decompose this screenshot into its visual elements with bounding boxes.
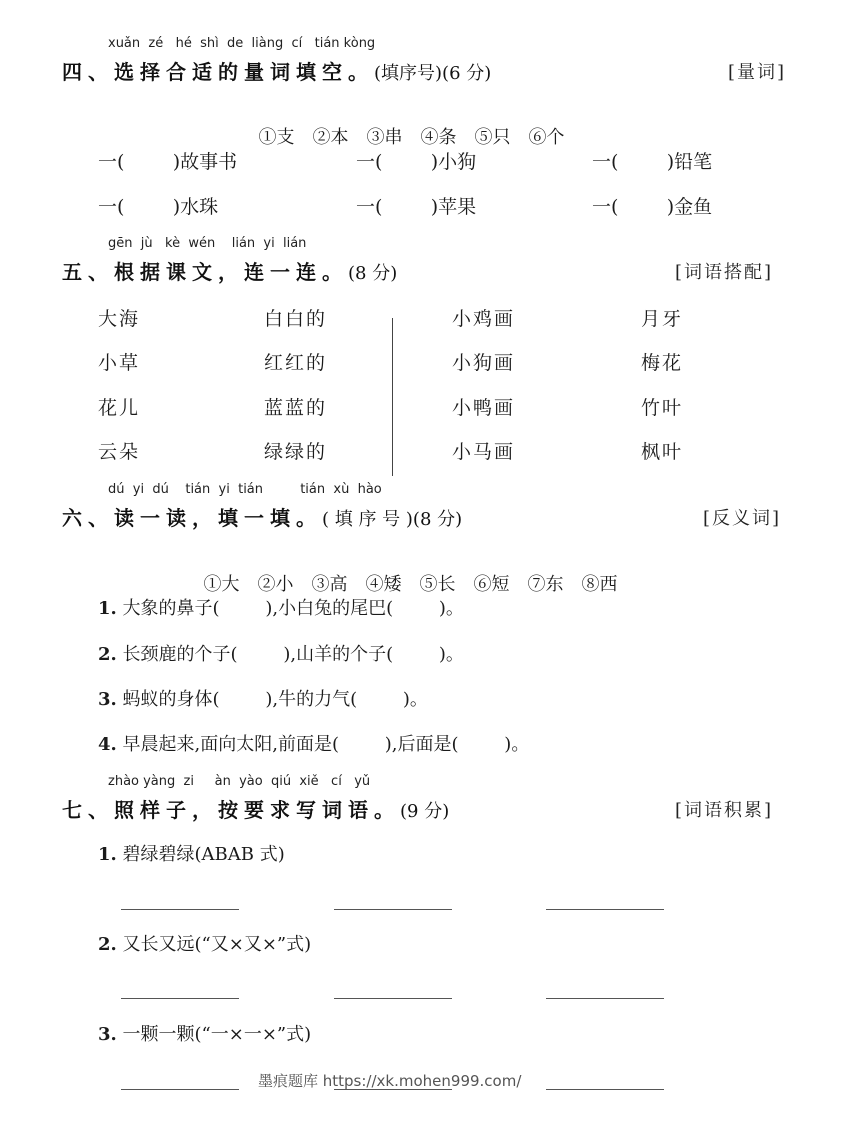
section6-pinyin: dú yi dú tián yi tián tián xù hào — [108, 482, 382, 497]
answer-line[interactable] — [546, 998, 664, 999]
section5-note: (8 分) — [348, 263, 397, 284]
option: ⑤只 — [474, 127, 510, 148]
answer-line[interactable] — [121, 1089, 239, 1090]
match-adjective[interactable]: 红红的 — [264, 348, 327, 375]
answer-line[interactable] — [121, 998, 239, 999]
section7-note: (9 分) — [400, 801, 449, 822]
question-number: 2. — [98, 934, 117, 955]
measure-item[interactable]: 一( )小狗 — [356, 147, 476, 174]
match-left-word[interactable]: 花儿 — [98, 393, 140, 420]
question-number: 4. — [98, 734, 117, 755]
question-text: 大象的鼻子( ),小白兔的尾巴( )。 — [123, 598, 464, 619]
section4-options: ①支②本③串④条⑤只⑥个 — [247, 102, 582, 149]
match-adjective[interactable]: 白白的 — [264, 304, 327, 331]
section4-heading: 四、选择合适的量词填空。(填序号)(6 分) — [62, 56, 491, 85]
question-number: 1. — [98, 598, 117, 619]
question-1[interactable]: 1. 大象的鼻子( ),小白兔的尾巴( )。 — [98, 594, 464, 620]
section4-tag: [量词] — [728, 58, 786, 84]
section6-heading: 六、读一读，填一填。( 填 序 号 )(8 分) — [62, 502, 462, 531]
match-animal[interactable]: 小鸡画 — [452, 304, 515, 331]
section5-tag: [词语搭配] — [675, 258, 773, 284]
section4-note: (填序号)(6 分) — [374, 63, 491, 84]
section6-tag: [反义词] — [703, 504, 781, 530]
question-text: 蚂蚁的身体( ),牛的力气( )。 — [123, 689, 428, 710]
section7-pinyin: zhào yàng zi àn yào qiú xiě cí yǔ — [108, 774, 370, 789]
section6-options: ①大②小③高④矮⑤长⑥短⑦东⑧西 — [192, 549, 635, 596]
question-number: 1. — [98, 844, 117, 865]
answer-line[interactable] — [546, 909, 664, 910]
question-2[interactable]: 2. 长颈鹿的个子( ),山羊的个子( )。 — [98, 640, 464, 666]
option: ③高 — [311, 574, 347, 595]
section6-note: ( 填 序 号 )(8 分) — [322, 509, 462, 530]
match-animal[interactable]: 小狗画 — [452, 348, 515, 375]
option: ②小 — [257, 574, 293, 595]
section5-pinyin: gēn jù kè wén lián yi lián — [108, 236, 306, 251]
match-animal[interactable]: 小鸭画 — [452, 393, 515, 420]
question-3[interactable]: 3. 蚂蚁的身体( ),牛的力气( )。 — [98, 685, 428, 711]
match-shape[interactable]: 竹叶 — [641, 393, 683, 420]
question-text: 碧绿碧绿(ABAB 式) — [123, 844, 285, 865]
measure-item[interactable]: 一( )金鱼 — [592, 192, 712, 219]
question-text: 早晨起来,面向太阳,前面是( ),后面是( )。 — [123, 734, 530, 755]
word-question-2: 2. 又长又远(“又×又×”式) — [98, 930, 311, 956]
match-left-word[interactable]: 云朵 — [98, 437, 140, 464]
section5-heading: 五、根据课文，连一连。(8 分) — [62, 256, 397, 285]
option: ①支 — [258, 127, 294, 148]
option: ⑤长 — [419, 574, 455, 595]
answer-line[interactable] — [121, 909, 239, 910]
question-text: 一颗一颗(“一×一×”式) — [123, 1024, 312, 1045]
section7-tag: [词语积累] — [675, 796, 773, 822]
question-number: 3. — [98, 689, 117, 710]
option: ⑧西 — [581, 574, 617, 595]
question-text: 长颈鹿的个子( ),山羊的个子( )。 — [123, 644, 464, 665]
option: ③串 — [366, 127, 402, 148]
section4-pinyin: xuǎn zé hé shì de liàng cí tián kòng — [108, 36, 375, 51]
column-divider — [392, 318, 393, 476]
section6-title: 六、读一读，填一填。 — [62, 506, 322, 530]
measure-item[interactable]: 一( )铅笔 — [592, 147, 712, 174]
match-animal[interactable]: 小马画 — [452, 437, 515, 464]
word-question-3: 3. 一颗一颗(“一×一×”式) — [98, 1020, 311, 1046]
question-number: 3. — [98, 1024, 117, 1045]
measure-item[interactable]: 一( )故事书 — [98, 147, 237, 174]
option: ④条 — [420, 127, 456, 148]
measure-item[interactable]: 一( )水珠 — [98, 192, 218, 219]
option: ①大 — [203, 574, 239, 595]
match-adjective[interactable]: 蓝蓝的 — [264, 393, 327, 420]
section7-heading: 七、照样子，按要求写词语。(9 分) — [62, 794, 449, 823]
question-text: 又长又远(“又×又×”式) — [123, 934, 312, 955]
question-number: 2. — [98, 644, 117, 665]
match-shape[interactable]: 月牙 — [641, 304, 683, 331]
word-question-1: 1. 碧绿碧绿(ABAB 式) — [98, 840, 285, 866]
answer-line[interactable] — [334, 909, 452, 910]
question-4[interactable]: 4. 早晨起来,面向太阳,前面是( ),后面是( )。 — [98, 730, 529, 756]
answer-line[interactable] — [546, 1089, 664, 1090]
option: ②本 — [312, 127, 348, 148]
match-shape[interactable]: 梅花 — [641, 348, 683, 375]
option: ⑦东 — [527, 574, 563, 595]
option: ④矮 — [365, 574, 401, 595]
option: ⑥个 — [528, 127, 564, 148]
match-adjective[interactable]: 绿绿的 — [264, 437, 327, 464]
section4-title: 四、选择合适的量词填空。 — [62, 60, 374, 84]
match-left-word[interactable]: 大海 — [98, 304, 140, 331]
watermark: 墨痕题库 https://xk.mohen999.com/ — [258, 1070, 521, 1091]
match-shape[interactable]: 枫叶 — [641, 437, 683, 464]
section7-title: 七、照样子，按要求写词语。 — [62, 798, 400, 822]
option: ⑥短 — [473, 574, 509, 595]
answer-line[interactable] — [334, 998, 452, 999]
section5-title: 五、根据课文，连一连。 — [62, 260, 348, 284]
match-left-word[interactable]: 小草 — [98, 348, 140, 375]
measure-item[interactable]: 一( )苹果 — [356, 192, 476, 219]
